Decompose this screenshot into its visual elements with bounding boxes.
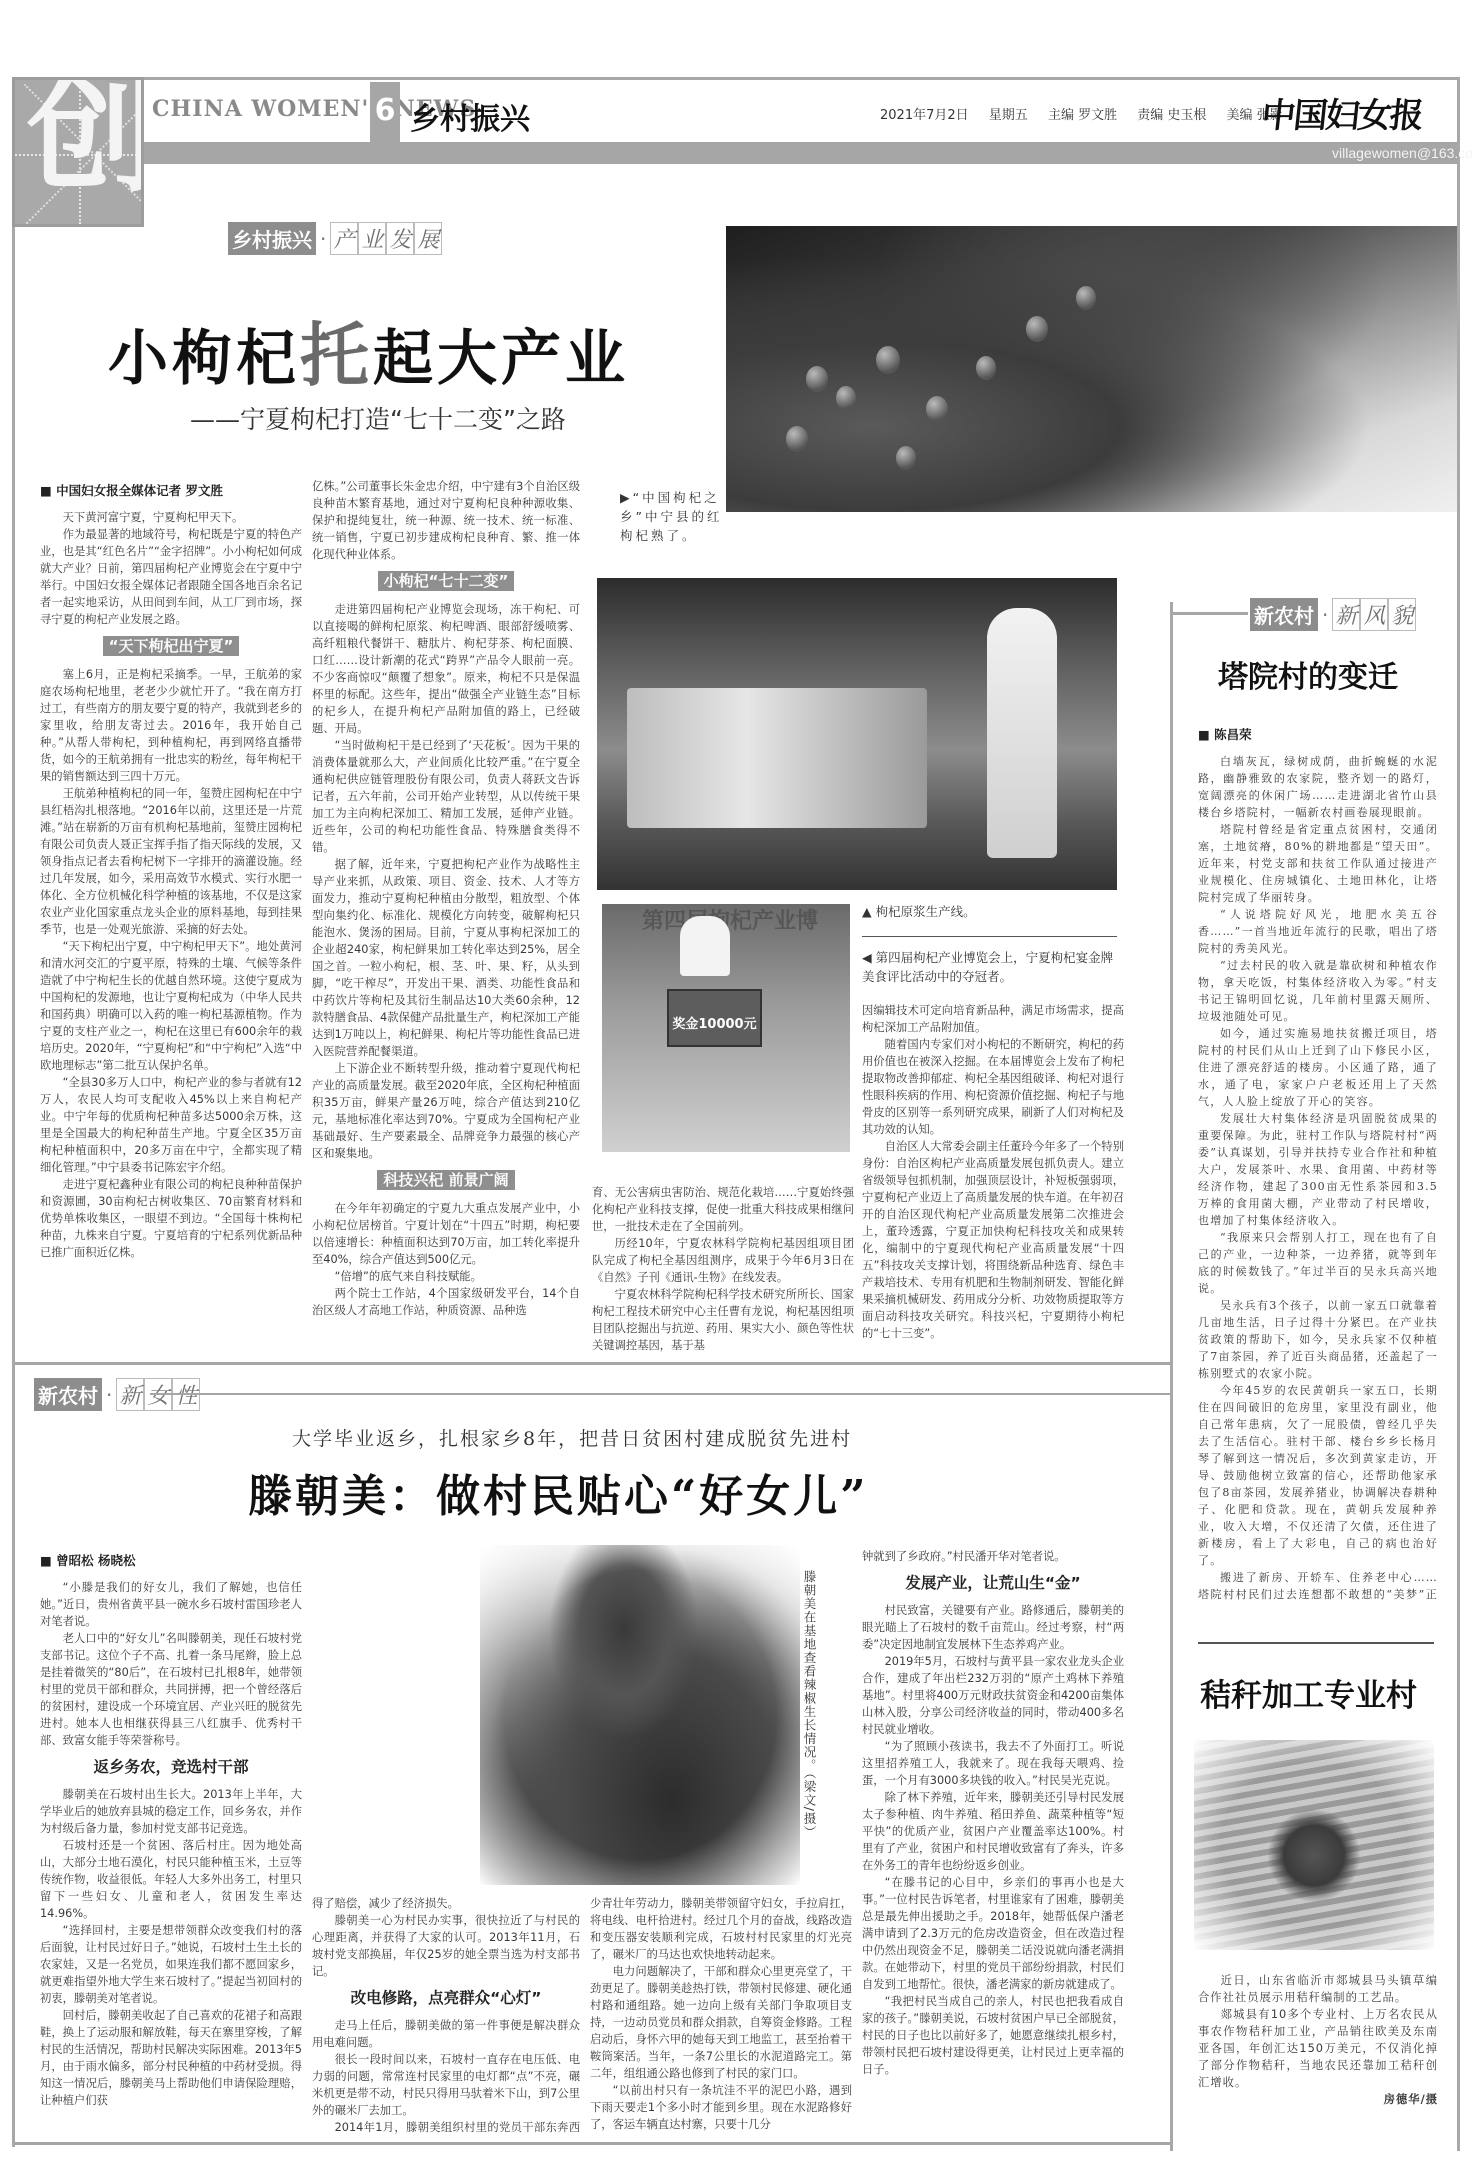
article3-column-3: 少青壮年劳动力，滕朝美带领留守妇女，手拉肩扛，将电线、电杆拾进村。经过几个月的奋… bbox=[590, 1895, 852, 2135]
tag-char: 新 bbox=[116, 1378, 144, 1411]
paragraph: 宁夏农林科学院枸杞科学技术研究所所长、国家枸杞工程技术研究中心主任曹有龙说，枸杞… bbox=[592, 1286, 854, 1354]
paper-brand-logo: 中国妇女报 bbox=[1259, 88, 1424, 137]
paragraph: 2019年5月，石坡村与黄平县一家农业龙头企业合作，建成了年出栏232万羽的“原… bbox=[862, 1653, 1124, 1738]
paragraph: 钟就到了乡政府。”村民潘开华对笔者说。 bbox=[862, 1548, 1124, 1565]
paragraph: 近日，山东省临沂市郯城县马头镇草编合作社社员展示用秸秆编制的工艺品。 bbox=[1198, 1972, 1438, 2006]
paragraph: 电力问题解决了，干部和群众心里更亮堂了，干劲更足了。滕朝美趁热打铁，带领村民修建… bbox=[590, 1963, 852, 2082]
article1-subhead-1: “天下枸杞出宁夏” bbox=[40, 638, 302, 656]
contact-email[interactable]: villagewomen@163.com bbox=[1332, 145, 1472, 161]
paragraph: 两个院士工作站，4个国家级研发平台，14个自治区级人才高地工作站，种质资源、品种… bbox=[312, 1285, 580, 1319]
paragraph: 石坡村还是一个贫困、落后村庄。因为地处高山，大部分土地石漠化，村民只能种植玉米，… bbox=[40, 1837, 302, 1922]
sidebar-rule bbox=[1170, 612, 1248, 615]
paragraph: 滕朝美在石坡村出生长大。2013年上半年，大学毕业后的她放弃县城的稳定工作，回乡… bbox=[40, 1786, 302, 1837]
article3-column-4: 钟就到了乡政府。”村民潘开华对笔者说。 发展产业，让荒山生“金” 村民致富，关键… bbox=[862, 1548, 1124, 2136]
paragraph: 塔院村曾经是省定重点贫困村，交通闭塞，土地贫瘠，80%的耕地都是“望天田”。近年… bbox=[1198, 821, 1438, 906]
paragraph: “全县30多万人口中，枸杞产业的参与者就有12万人，农民人均可支配收入45%以上… bbox=[40, 1074, 302, 1176]
paragraph: “倍增”的底气来自科技赋能。 bbox=[312, 1268, 580, 1285]
pepper-field-photo bbox=[480, 1545, 800, 1885]
tag-char: 发 bbox=[386, 222, 414, 255]
bottom-rule bbox=[15, 2142, 1170, 2145]
paragraph: 作为最显著的地域符号，枸杞既是宁夏的特色产业，也是其“红色名片”“金字招牌”。小… bbox=[40, 526, 302, 628]
paragraph: 塞上6月，正是枸杞采摘季。一早，王航弟的家庭农场枸杞地里，老老少少就忙开了。“我… bbox=[40, 666, 302, 785]
paragraph: 很长一段时间以来，石坡村一直存在电压低、电力弱的问题，常常连村民家里的电灯都“点… bbox=[312, 2051, 580, 2119]
award-photo-caption: ◀ 第四届枸杞产业博览会上，宁夏枸杞宴金牌美食评比活动中的夺冠者。 bbox=[862, 948, 1117, 986]
article1-subhead-2: 小枸杞“七十二变” bbox=[312, 573, 580, 591]
paragraph: 亿株。”公司董事长朱金忠介绍，中宁建有3个自治区级良种苗木繁育基地，通过对宁夏枸… bbox=[312, 478, 580, 563]
article1-column-3: 育、无公害病虫害防治、规范化栽培……宁夏始终强化枸杞产业科技支撑，促使一批重大科… bbox=[592, 1184, 854, 1360]
headline-accent: 托 bbox=[300, 315, 373, 396]
tag-solid: 新农村 bbox=[1250, 598, 1318, 631]
paragraph: 滕朝美一心为村民办实事，很快拉近了与村民的心理距离，并获得了大家的认可。2013… bbox=[312, 1912, 580, 1980]
paragraph: 搬进了新房、开轿车、住养老中心……塔院村村民们过去连想都不敢想的“美梦”正一个个… bbox=[1198, 1569, 1438, 1602]
award-board-text: 奖金10000元 bbox=[667, 989, 762, 1047]
article1-subhead-3: 科技兴杞 前景广阔 bbox=[312, 1172, 580, 1190]
tag-solid: 乡村振兴 bbox=[228, 222, 316, 255]
paragraph: 吴永兵有3个孩子，以前一家五口就靠着几亩地生活，日子过得十分紧巴。在产业扶贫政策… bbox=[1198, 1297, 1438, 1382]
tag-char: 产 bbox=[330, 222, 358, 255]
tag-rule bbox=[150, 1393, 1170, 1395]
article1-headline: 小枸杞托起大产业 bbox=[108, 300, 629, 399]
paragraph: “小滕是我们的好女儿，我们了解她，也信任她。”近日，贵州省黄平县一碗水乡石坡村雷… bbox=[40, 1579, 302, 1630]
subhead-text: 科技兴杞 前景广阔 bbox=[377, 1170, 514, 1190]
article3-subhead-3: 发展产业，让荒山生“金” bbox=[862, 1575, 1124, 1592]
pepper-photo-caption: 滕朝美在基地查看辣椒生长情况。（梁文/摄） bbox=[800, 1570, 818, 1870]
paragraph: 上下游企业不断转型升级，推动着宁夏现代枸杞产业的高质量发展。截至2020年底，全… bbox=[312, 1060, 580, 1162]
header-grey-band bbox=[144, 142, 1457, 164]
article3-subhead-2: 改电修路，点亮群众“心灯” bbox=[312, 1990, 580, 2007]
article1-byline: 中国妇女报全媒体记者 罗文胜 bbox=[40, 482, 302, 499]
paragraph: 得了赔偿，减少了经济损失。 bbox=[312, 1895, 580, 1912]
paragraph: “以前出村只有一条坑洼不平的泥巴小路，遇到下雨天要走1个多小时才能到乡里。现在水… bbox=[590, 2082, 852, 2133]
article3-column-1: 曾昭松 杨晓松 “小滕是我们的好女儿，我们了解她，也信任她。”近日，贵州省黄平县… bbox=[40, 1548, 302, 2136]
article1-column-2: 亿株。”公司董事长朱金忠介绍，中宁建有3个自治区级良种苗木繁育基地，通过对宁夏枸… bbox=[312, 478, 580, 1366]
logo-glyph: 创 bbox=[27, 77, 144, 200]
issue-weekday: 星期五 bbox=[989, 108, 1028, 123]
tag-char: 风 bbox=[1360, 598, 1388, 631]
issue-meta: 2021年7月2日 星期五 主编 罗文胜 责编 史玉根 美编 张影 bbox=[880, 104, 1299, 123]
goji-production-line-photo bbox=[597, 578, 1117, 890]
article3-headline: 滕朝美：做村民贴心“好女儿” bbox=[248, 1460, 869, 1524]
article4-top-rule bbox=[1198, 1642, 1434, 1644]
award-ceremony-photo: 第四届枸杞产业博 奖金10000元 bbox=[602, 904, 850, 1152]
paragraph: 白墙灰瓦，绿树成荫，曲折蜿蜒的水泥路，幽静雅致的农家院，整齐划一的路灯，宽阔漂亮… bbox=[1198, 753, 1438, 821]
headline-part: 起大产业 bbox=[373, 324, 629, 394]
goji-photo-caption: ▶“中国枸杞之乡”中宁县的红枸杞熟了。 bbox=[620, 488, 730, 545]
paragraph: 走进宁夏杞鑫种业有限公司的枸杞良种种苗保护和资源圃，30亩枸杞古树收集区、70亩… bbox=[40, 1176, 302, 1261]
tag-dot: · bbox=[106, 1383, 112, 1407]
article4-headline: 秸秆加工专业村 bbox=[1200, 1670, 1417, 1715]
goji-berries-photo bbox=[726, 226, 1457, 512]
article2-headline: 塔院村的变迁 bbox=[1218, 652, 1398, 696]
paragraph: 育、无公害病虫害防治、规范化栽培……宁夏始终强化枸杞产业科技支撑，促使一批重大科… bbox=[592, 1184, 854, 1235]
paragraph: 今年45岁的农民黄朝兵一家五口，长期住在四间破旧的危房里，家里没有副业，他自己常… bbox=[1198, 1382, 1438, 1569]
section-divider bbox=[15, 1362, 1170, 1365]
article3-subhead-1: 返乡务农，竞选村干部 bbox=[40, 1759, 302, 1776]
chief-editor: 主编 罗文胜 bbox=[1048, 108, 1117, 123]
paragraph: 据了解，近年来，宁夏把枸杞产业作为战略性主导产业来抓，从政策、项目、资金、技术、… bbox=[312, 856, 580, 1060]
photo-credit: 房德华/摄 bbox=[1198, 2091, 1438, 2108]
article1-subtitle: ——宁夏枸杞打造“七十二变”之路 bbox=[190, 400, 566, 436]
headline-part: 小枸杞 bbox=[108, 324, 300, 394]
article3-column-2: 得了赔偿，减少了经济损失。 滕朝美一心为村民办实事，很快拉近了与村民的心理距离，… bbox=[312, 1895, 580, 2135]
paragraph: 老人口中的“好女儿”名叫滕朝美，现任石坡村党支部书记。这位个子不高、扎着一条马尾… bbox=[40, 1630, 302, 1749]
tag-solid: 新农村 bbox=[34, 1378, 102, 1411]
straw-craft-photo bbox=[1194, 1740, 1434, 1950]
section-name: 乡村振兴 bbox=[410, 94, 530, 138]
paragraph: 因编辑技术可定向培育新品种，满足市场需求，提高枸杞深加工产品附加值。 bbox=[862, 1002, 1124, 1036]
article2-byline: 陈昌荣 bbox=[1198, 726, 1438, 743]
paragraph: “天下枸杞出宁夏，中宁枸杞甲天下”。地处黄河和清水河交汇的宁夏平原，特殊的土壤、… bbox=[40, 938, 302, 1074]
tag-char: 新 bbox=[1332, 598, 1360, 631]
paragraph: 历经10年，宁夏农林科学院枸杞基因组项目团队完成了枸杞全基因组测序，成果于今年6… bbox=[592, 1235, 854, 1286]
paragraph: 少青壮年劳动力，滕朝美带领留守妇女，手拉肩扛，将电线、电杆拾进村。经过几个月的奋… bbox=[590, 1895, 852, 1963]
tag-char: 业 bbox=[358, 222, 386, 255]
paragraph: 走马上任后，滕朝美做的第一件事便是解决群众用电难问题。 bbox=[312, 2017, 580, 2051]
tag-dot: · bbox=[320, 227, 326, 251]
paragraph: “我原来只会帮别人打工，现在也有了自己的产业，一边种茶，一边养猪，就等到年底的时… bbox=[1198, 1229, 1438, 1297]
paragraph: “选择回村，主要是想带领群众改变我们村的落后面貌，让村民过好日子。”她说，石坡村… bbox=[40, 1922, 302, 2007]
article2-body: 陈昌荣 白墙灰瓦，绿树成荫，曲折蜿蜒的水泥路，幽静雅致的农家院，整齐划一的路灯，… bbox=[1198, 722, 1438, 1602]
subhead-text: “天下枸杞出宁夏” bbox=[103, 636, 240, 656]
paragraph: “我把村民当成自己的亲人，村民也把我看成自家的孩子。”滕朝美说，石坡村贫困户早已… bbox=[862, 1993, 1124, 2078]
paragraph: 发展壮大村集体经济是巩固脱贫成果的重要保障。为此，驻村工作队与塔院村村“两委”认… bbox=[1198, 1110, 1438, 1229]
caption-divider bbox=[862, 936, 1117, 937]
subhead-text: 小枸杞“七十二变” bbox=[378, 571, 515, 591]
paragraph: 走进第四届枸杞产业博览会现场，冻干枸杞、可以直接喝的鲜枸杞原浆、枸杞啤酒、眼部舒… bbox=[312, 601, 580, 737]
paragraph: “过去村民的收入就是靠砍树和种植农作物，拿天吃饭，村集体经济收入为零。”村支书记… bbox=[1198, 957, 1438, 1025]
paragraph: 王航弟种植枸杞的同一年，玺赞庄园枸杞在中宁县红梧沟扎根落地。“2016年以前，这… bbox=[40, 785, 302, 938]
paragraph: 村民致富，关键要有产业。路修通后，滕朝美的眼光瞄上了石坡村的数千亩荒山。经过考察… bbox=[862, 1602, 1124, 1653]
tag-char: 貌 bbox=[1388, 598, 1416, 631]
paragraph: 随着国内专家们对小枸杞的不断研究，枸杞的药用价值也在被深入挖掘。在本届博览会上发… bbox=[862, 1036, 1124, 1138]
paragraph: “人说塔院好风光，地肥水美五谷香……”一首当地近年流行的民歌，唱出了塔院村的秀美… bbox=[1198, 906, 1438, 957]
paragraph: 除了林下养殖，近年来，滕朝美还引导村民发展太子参种植、肉牛养殖、稻田养鱼、蔬菜种… bbox=[862, 1789, 1124, 1874]
tag-char: 展 bbox=[414, 222, 442, 255]
paragraph: 如今，通过实施易地扶贫搬迁项目，塔院村的村民们从山上迁到了山下修民小区，住进了漂… bbox=[1198, 1025, 1438, 1110]
duty-editor: 责编 史玉根 bbox=[1137, 108, 1206, 123]
factory-photo-caption: ▲ 枸杞原浆生产线。 bbox=[862, 902, 976, 921]
article2-column-tag: 新农村 · 新 风 貌 bbox=[1250, 598, 1416, 631]
article4-body: 近日，山东省临沂市郯城县马头镇草编合作社社员展示用秸秆编制的工艺品。 郯城县有1… bbox=[1198, 1972, 1438, 2142]
issue-date: 2021年7月2日 bbox=[880, 108, 969, 123]
tag-boxed: 产 业 发 展 bbox=[330, 222, 442, 255]
article1-column-4: 因编辑技术可定向培育新品种，满足市场需求，提高枸杞深加工产品附加值。 随着国内专… bbox=[862, 1002, 1124, 1360]
section-logo: 创 bbox=[12, 77, 144, 227]
article1-column-tag: 乡村振兴 · 产 业 发 展 bbox=[228, 222, 442, 255]
article3-kicker: 大学毕业返乡，扎根家乡8年，把昔日贫困村建成脱贫先进村 bbox=[292, 1424, 852, 1451]
paragraph: 郯城县有10多个专业村、上万名农民从事农作物秸秆加工业，产品销往欧美及东南亚各国… bbox=[1198, 2006, 1438, 2091]
paragraph: 在今年年初确定的宁夏九大重点发展产业中，小小枸杞位居榜首。宁夏计划在“十四五”时… bbox=[312, 1200, 580, 1268]
paragraph: “当时做枸杞干是已经到了‘天花板’。因为干果的消费体量就那么大，产业间质化比较严… bbox=[312, 737, 580, 856]
paragraph: “在滕书记的心目中，乡亲们的事再小也是大事。”一位村民告诉笔者，村里谁家有了困难… bbox=[862, 1874, 1124, 1993]
tag-boxed: 新 风 貌 bbox=[1332, 598, 1416, 631]
paragraph: “为了照顾小孩读书，我去不了外面打工。听说这里招养殖工人，我就来了。现在我每天喂… bbox=[862, 1738, 1124, 1789]
paragraph: 天下黄河富宁夏，宁夏枸杞甲天下。 bbox=[40, 509, 302, 526]
paragraph: 回村后，滕朝美收起了自己喜欢的花裙子和高跟鞋，换上了运动服和解放鞋，每天在寨里穿… bbox=[40, 2007, 302, 2109]
article3-byline: 曾昭松 杨晓松 bbox=[40, 1552, 302, 1569]
paragraph: 自治区人大常委会副主任董玲今年多了一个特别身份：自治区枸杞产业高质量发展包抓负责… bbox=[862, 1138, 1124, 1342]
tag-dot: · bbox=[1322, 603, 1328, 627]
article1-column-1: 中国妇女报全媒体记者 罗文胜 天下黄河富宁夏，宁夏枸杞甲天下。 作为最显著的地域… bbox=[40, 478, 302, 1366]
page-number: 6 bbox=[370, 82, 400, 142]
paragraph: 2014年1月，滕朝美组织村里的党员干部东奔西跑，进行现场调研，促成有关部门批准… bbox=[312, 2119, 580, 2135]
